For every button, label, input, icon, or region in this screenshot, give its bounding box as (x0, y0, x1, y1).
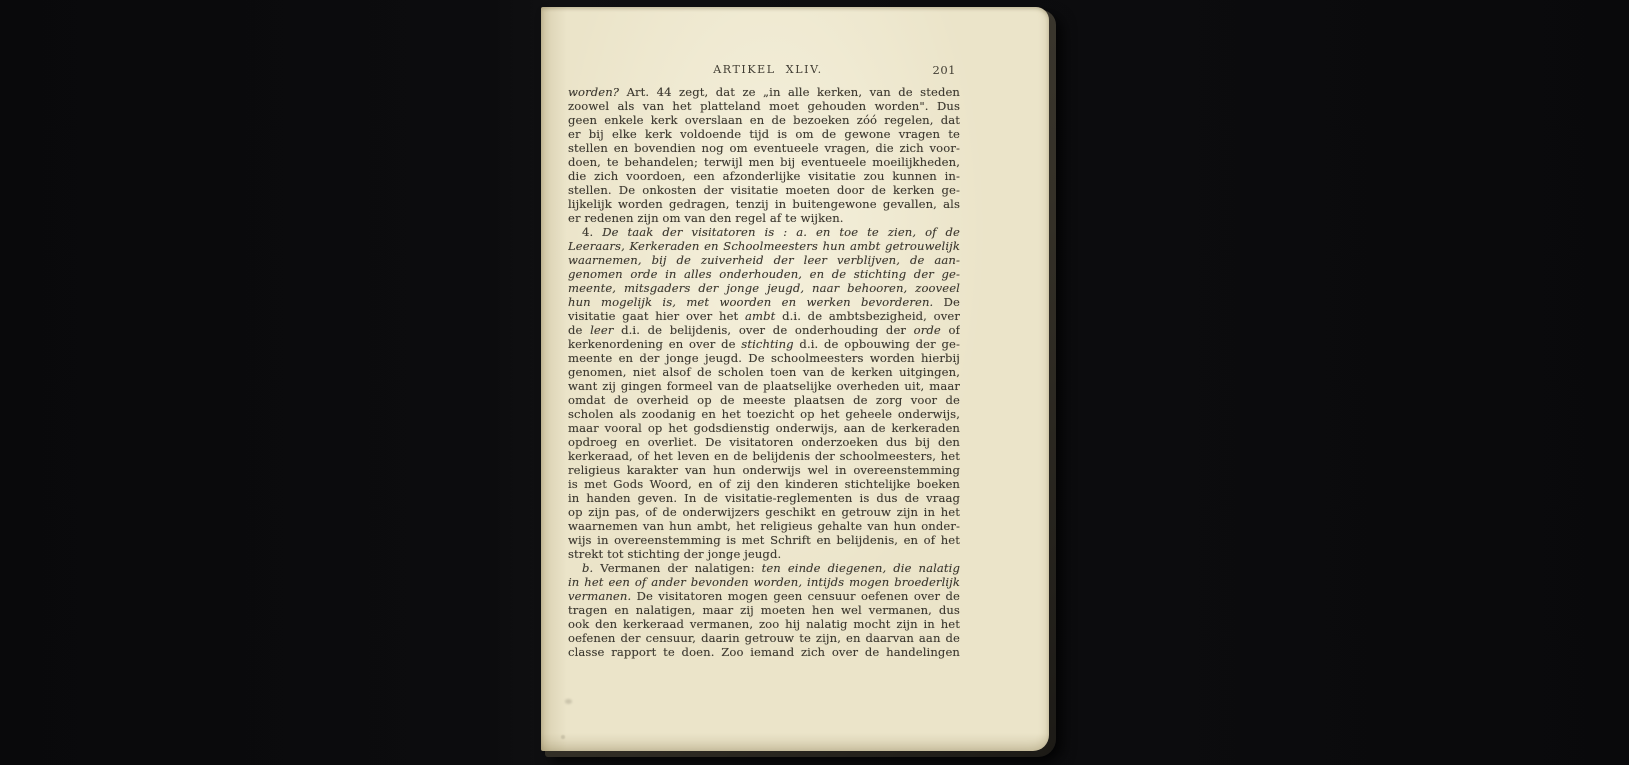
text-line: stellen. De onkosten der visitatie moete… (568, 183, 960, 197)
text-segment: De visitatoren mogen geen censuur oefene… (637, 589, 960, 603)
text-line: doen, te behandelen; terwijl men bij eve… (568, 155, 960, 169)
text-line: stellen en bovendien nog om eventueele v… (568, 141, 960, 155)
text-segment: meente en der jonge jeugd. De schoolmees… (568, 351, 960, 365)
text-segment: ambt (745, 309, 775, 323)
text-segment: waarnemen van hun ambt, het religieus ge… (568, 519, 960, 533)
text-segment: stellen en bovendien nog om eventueele v… (568, 141, 960, 155)
text-segment: wijs in overeenstemming is met Schrift e… (568, 533, 960, 547)
text-segment: geen enkele kerk overslaan en de bezoeke… (568, 113, 960, 127)
text-line: waarnemen van hun ambt, het religieus ge… (568, 519, 960, 533)
text-line: maar vooral op het godsdienstig onderwij… (568, 421, 960, 435)
text-line: worden? Art. 44 zegt, dat ze „in alle ke… (568, 85, 960, 99)
text-segment: kerkeraad, of het leven en de belijdenis… (568, 449, 960, 463)
page-header: ARTIKEL XLIV. 201 (568, 63, 960, 78)
text-segment: orde (914, 323, 941, 337)
text-segment: 4. (582, 225, 602, 239)
text-line: hun mogelijk is, met woorden en werken b… (568, 295, 960, 309)
text-line: oefenen der censuur, daarin getrouw te z… (568, 631, 960, 645)
text-line: scholen als zoodanig en het toezicht op … (568, 407, 960, 421)
text-line: visitatie gaat hier over het ambt d.i. d… (568, 309, 960, 323)
text-segment: meente, mitsgaders der jonge jeugd, naar… (568, 281, 960, 295)
text-line: classe rapport te doen. Zoo iemand zich … (568, 645, 960, 659)
text-segment: religieus karakter van hun onderwijs wel… (568, 463, 960, 477)
text-line: vermanen. De visitatoren mogen geen cens… (568, 589, 960, 603)
text-line: genomen orde in alles onderhouden, en de… (568, 267, 960, 281)
text-segment: op zijn pas, of de onderwijzers geschikt… (568, 505, 960, 519)
text-line: in handen geven. In de visitatie-regleme… (568, 491, 960, 505)
text-segment: maar vooral op het godsdienstig onderwij… (568, 421, 960, 435)
text-line: 4. De taak der visitatoren is : a. en to… (568, 225, 960, 239)
text-segment: genomen orde in alles onderhouden, en de… (568, 267, 960, 281)
text-line: zoowel als van het platteland moet gehou… (568, 99, 960, 113)
text-line: ook den kerkeraad vermanen, zoo hij nala… (568, 617, 960, 631)
text-segment: genomen, niet alsof de scholen toen van … (568, 365, 960, 379)
page-number: 201 (933, 63, 956, 77)
text-segment: d.i. de belijdenis, over de onderhouding… (613, 323, 913, 337)
text-segment: waarnemen, bij de zuiverheid der leer ve… (568, 253, 960, 267)
text-segment: zoowel als van het platteland moet gehou… (568, 99, 960, 113)
text-segment: de (568, 323, 590, 337)
text-segment: omdat de overheid op de meeste plaatsen … (568, 393, 960, 407)
text-segment: doen, te behandelen; terwijl men bij eve… (568, 155, 960, 169)
text-segment: die zich voordoen, een afzonderlijke vis… (568, 169, 960, 183)
text-block: worden? Art. 44 zegt, dat ze „in alle ke… (568, 85, 960, 659)
text-segment: stichting (741, 337, 793, 351)
text-line: wijs in overeenstemming is met Schrift e… (568, 533, 960, 547)
text-line: kerkenordening en over de stichting d.i.… (568, 337, 960, 351)
text-line: meente en der jonge jeugd. De schoolmees… (568, 351, 960, 365)
text-line: er bij elke kerk voldoende tijd is om de… (568, 127, 960, 141)
text-segment: want zij gingen formeel van de plaatseli… (568, 379, 960, 393)
text-segment: of (941, 323, 960, 337)
text-segment: classe rapport te doen. Zoo iemand zich … (568, 645, 960, 659)
text-segment: De taak der visitatoren is : a. en toe t… (602, 225, 960, 239)
text-line: strekt tot stichting der jonge jeugd. (568, 547, 960, 561)
text-line: meente, mitsgaders der jonge jeugd, naar… (568, 281, 960, 295)
text-segment: scholen als zoodanig en het toezicht op … (568, 407, 960, 421)
text-line: religieus karakter van hun onderwijs wel… (568, 463, 960, 477)
text-line: Leeraars, Kerkeraden en Schoolmeesters h… (568, 239, 960, 253)
page-content: ARTIKEL XLIV. 201 worden? Art. 44 zegt, … (568, 63, 960, 659)
text-segment: leer (590, 323, 613, 337)
text-line: er redenen zijn om van den regel af te w… (568, 211, 960, 225)
text-segment: d.i. de ambtsbezigheid, over (775, 309, 960, 323)
running-title: ARTIKEL XLIV. (576, 63, 960, 76)
text-line: b. Vermanen der nalatigen: ten einde die… (568, 561, 960, 575)
text-line: geen enkele kerk overslaan en de bezoeke… (568, 113, 960, 127)
text-line: genomen, niet alsof de scholen toen van … (568, 365, 960, 379)
text-line: opdroeg en overliet. De visitatoren onde… (568, 435, 960, 449)
text-line: kerkeraad, of het leven en de belijdenis… (568, 449, 960, 463)
text-segment: worden? (568, 85, 627, 99)
text-segment: Vermanen der nalatigen: (600, 561, 761, 575)
paper-smudge (561, 735, 565, 739)
text-line: die zich voordoen, een afzonderlijke vis… (568, 169, 960, 183)
text-line: in het een of ander bevonden worden, int… (568, 575, 960, 589)
text-line: de leer d.i. de belijdenis, over de onde… (568, 323, 960, 337)
text-segment: oefenen der censuur, daarin getrouw te z… (568, 631, 960, 645)
text-segment: visitatie gaat hier over het (568, 309, 745, 323)
text-segment: d.i. de opbouwing der ge- (794, 337, 960, 351)
text-segment: is met Gods Woord, en of zij den kindere… (568, 477, 960, 491)
book-page: ARTIKEL XLIV. 201 worden? Art. 44 zegt, … (541, 7, 1049, 751)
text-segment: hun mogelijk is, met woorden en werken b… (568, 295, 944, 309)
text-segment: lijkelijk worden gedragen, tenzij in bui… (568, 197, 960, 211)
text-segment: stellen. De onkosten der visitatie moete… (568, 183, 960, 197)
text-segment: er bij elke kerk voldoende tijd is om de… (568, 127, 960, 141)
text-segment: De (944, 295, 960, 309)
text-segment: Leeraars, Kerkeraden en Schoolmeesters h… (568, 239, 960, 253)
text-line: op zijn pas, of de onderwijzers geschikt… (568, 505, 960, 519)
text-line: tragen en nalatigen, maar zij moeten hen… (568, 603, 960, 617)
text-segment: ook den kerkeraad vermanen, zoo hij nala… (568, 617, 960, 631)
text-segment: Art. 44 zegt, dat ze „in alle kerken, va… (627, 85, 960, 99)
text-line: lijkelijk worden gedragen, tenzij in bui… (568, 197, 960, 211)
text-line: waarnemen, bij de zuiverheid der leer ve… (568, 253, 960, 267)
text-segment: vermanen. (568, 589, 637, 603)
text-segment: tragen en nalatigen, maar zij moeten hen… (568, 603, 960, 617)
text-segment: in handen geven. In de visitatie-regleme… (568, 491, 960, 505)
paper-smudge (565, 699, 572, 704)
text-line: omdat de overheid op de meeste plaatsen … (568, 393, 960, 407)
text-segment: opdroeg en overliet. De visitatoren onde… (568, 435, 960, 449)
text-line: is met Gods Woord, en of zij den kindere… (568, 477, 960, 491)
text-line: want zij gingen formeel van de plaatseli… (568, 379, 960, 393)
text-segment: kerkenordening en over de (568, 337, 741, 351)
text-segment: in het een of ander bevonden worden, int… (568, 575, 960, 589)
text-segment: ten einde diegenen, die nalatig (762, 561, 960, 575)
text-segment: b. (582, 561, 600, 575)
text-segment: er redenen zijn om van den regel af te w… (568, 211, 844, 225)
text-segment: strekt tot stichting der jonge jeugd. (568, 547, 781, 561)
